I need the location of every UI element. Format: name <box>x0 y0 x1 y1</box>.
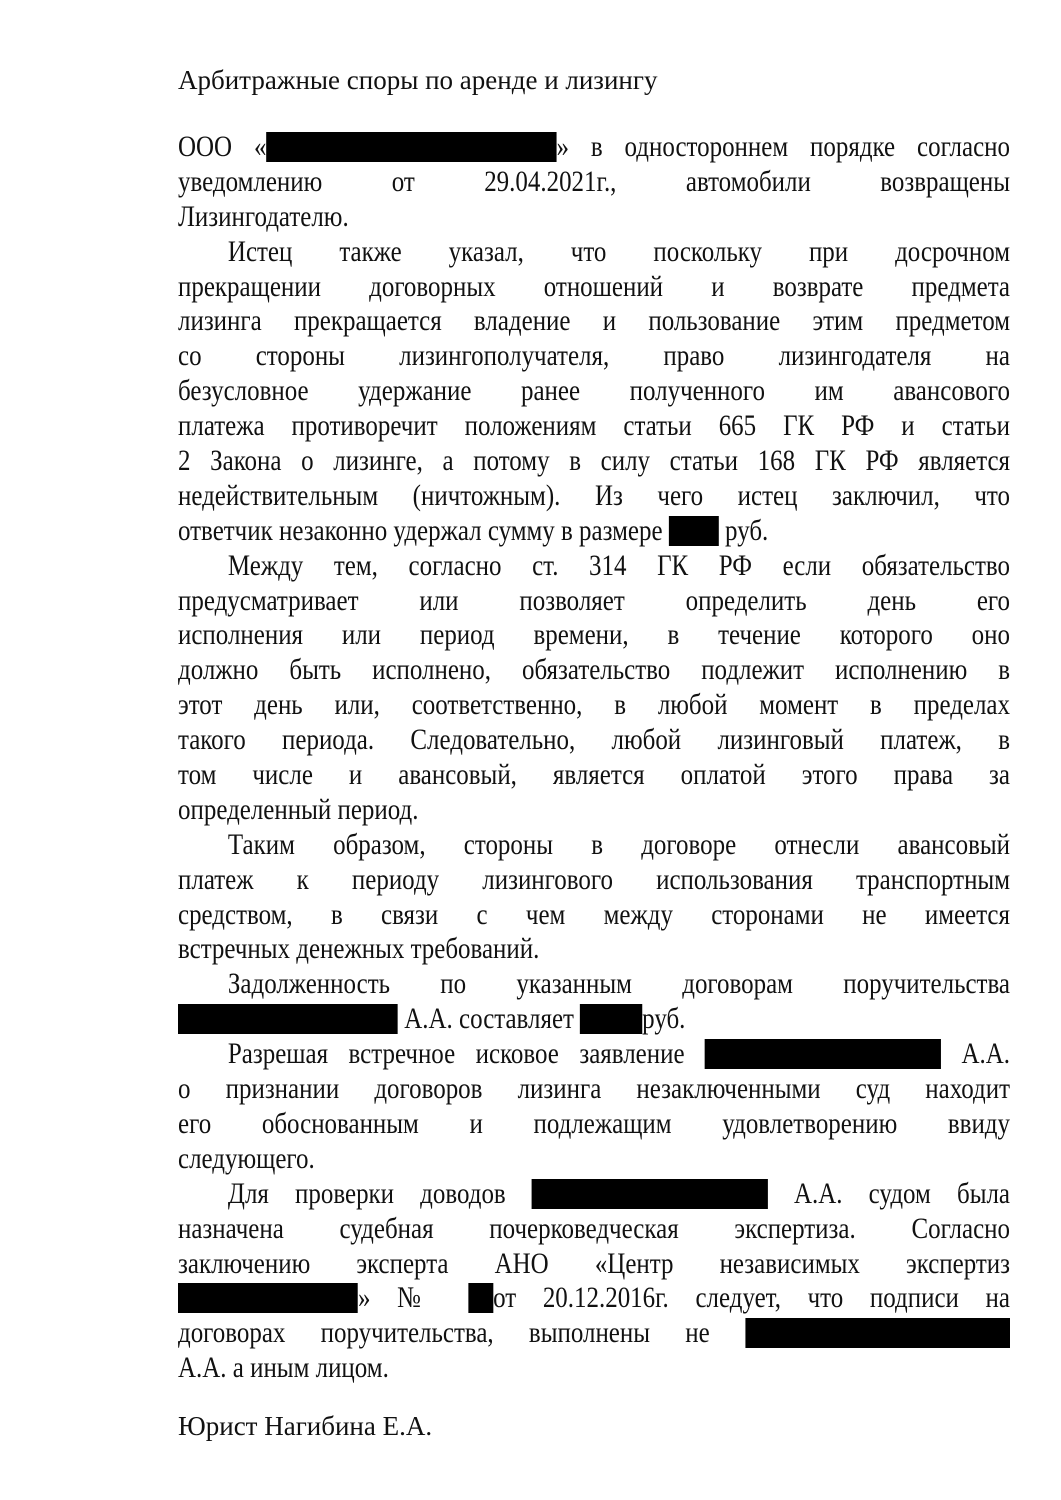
text-segment: А.А. а иным лицом. <box>178 1351 389 1384</box>
text-line: Истец также указал, что поскольку при до… <box>178 235 1010 270</box>
text-line: ответчик незаконно удержал сумму в разме… <box>178 514 1010 549</box>
text-line: А.А. а иным лицом. <box>178 1351 1010 1386</box>
text-segment: Лизингодателю. <box>178 200 349 233</box>
text-segment: А.А. <box>941 1037 1010 1070</box>
text-segment: назначена судебная почерковедческая эксп… <box>178 1212 1010 1245</box>
text-segment: ответчик незаконно удержал сумму в разме… <box>178 514 669 547</box>
redaction-block <box>705 1039 941 1069</box>
text-line: » № от 20.12.2016г. следует, что подписи… <box>178 1281 1010 1316</box>
author-signature: Юрист Нагибина Е.А. <box>178 1408 432 1444</box>
text-line: этот день или, соответственно, в любой м… <box>178 688 1010 723</box>
text-line: должно быть исполнено, обязательство под… <box>178 653 1010 688</box>
text-line: Лизингодателю. <box>178 200 1010 235</box>
text-segment: предусматривает или позволяет определить… <box>178 584 1010 617</box>
text-segment: этот день или, соответственно, в любой м… <box>178 688 1010 721</box>
text-line: Для проверки доводов А.А. судом была <box>178 1177 1010 1212</box>
text-segment: уведомлению от 29.04.2021г., автомобили … <box>178 165 1010 198</box>
text-line: исполнения или период времени, в течение… <box>178 618 1010 653</box>
redaction-block <box>532 1179 768 1209</box>
paragraph: Между тем, согласно ст. 314 ГК РФ если о… <box>178 549 1010 828</box>
text-segment: А.А. составляет <box>398 1002 580 1035</box>
redaction-block <box>580 1004 642 1034</box>
paragraph: Таким образом, стороны в договоре отнесл… <box>178 828 1010 968</box>
text-line: ООО «» в одностороннем порядке согласно <box>178 130 1010 165</box>
text-line: Между тем, согласно ст. 314 ГК РФ если о… <box>178 549 1010 584</box>
text-segment: платежа противоречит положениям статьи 6… <box>178 409 1010 442</box>
text-segment: платеж к периоду лизингового использован… <box>178 863 1010 896</box>
text-line: его обоснованным и подлежащим удовлетвор… <box>178 1107 1010 1142</box>
text-segment: следующего. <box>178 1142 315 1175</box>
text-segment: Между тем, согласно ст. 314 ГК РФ если о… <box>228 549 1010 582</box>
text-segment: прекращении договорных отношений и возвр… <box>178 270 1010 303</box>
running-header: Арбитражные споры по аренде и лизингу <box>178 62 657 98</box>
text-line: средством, в связи с чем между сторонами… <box>178 898 1010 933</box>
text-segment: руб. <box>719 514 768 547</box>
text-line: со стороны лизингополучателя, право лизи… <box>178 339 1010 374</box>
text-line: А.А. составляет руб. <box>178 1002 1010 1037</box>
text-line: платежа противоречит положениям статьи 6… <box>178 409 1010 444</box>
text-line: том числе и авансовый, является оплатой … <box>178 758 1010 793</box>
text-line: 2 Закона о лизинге, а потому в силу стат… <box>178 444 1010 479</box>
text-segment: том числе и авансовый, является оплатой … <box>178 758 1010 791</box>
text-line: предусматривает или позволяет определить… <box>178 584 1010 619</box>
text-line: такого периода. Следовательно, любой лиз… <box>178 723 1010 758</box>
text-line: Таким образом, стороны в договоре отнесл… <box>178 828 1010 863</box>
redaction-block <box>178 1004 398 1034</box>
text-segment: встречных денежных требований. <box>178 932 539 965</box>
text-line: договорах поручительства, выполнены не <box>178 1316 1010 1351</box>
text-line: недействительным (ничтожным). Из чего ис… <box>178 479 1010 514</box>
redaction-block <box>178 1283 358 1313</box>
document-body: ООО «» в одностороннем порядке согласноу… <box>178 130 1010 1386</box>
text-segment: Истец также указал, что поскольку при до… <box>228 235 1010 268</box>
text-line: Задолженность по указанным договорам пор… <box>178 967 1010 1002</box>
text-segment: » в одностороннем порядке согласно <box>556 130 1010 163</box>
text-segment: договорах поручительства, выполнены не <box>178 1316 745 1349</box>
text-segment: от 20.12.2016г. следует, что подписи на <box>493 1281 1010 1314</box>
text-segment: 2 Закона о лизинге, а потому в силу стат… <box>178 444 1010 477</box>
text-line: встречных денежных требований. <box>178 932 1010 967</box>
text-segment: Задолженность по указанным договорам пор… <box>228 967 1010 1000</box>
text-segment: безусловное удержание ранее полученного … <box>178 374 1010 407</box>
text-segment: А.А. судом была <box>768 1177 1010 1210</box>
text-segment: заключению эксперта АНО «Центр независим… <box>178 1247 1010 1280</box>
text-line: прекращении договорных отношений и возвр… <box>178 270 1010 305</box>
text-line: следующего. <box>178 1142 1010 1177</box>
text-line: платеж к периоду лизингового использован… <box>178 863 1010 898</box>
paragraph: Для проверки доводов А.А. судом быланазн… <box>178 1177 1010 1386</box>
text-segment: Таким образом, стороны в договоре отнесл… <box>228 828 1010 861</box>
paragraph: Разрешая встречное исковое заявление А.А… <box>178 1037 1010 1177</box>
redaction-block <box>669 516 719 546</box>
text-segment: его обоснованным и подлежащим удовлетвор… <box>178 1107 1010 1140</box>
text-segment: со стороны лизингополучателя, право лизи… <box>178 339 1010 372</box>
paragraph: Истец также указал, что поскольку при до… <box>178 235 1010 549</box>
text-segment: » № <box>358 1281 468 1314</box>
text-segment: исполнения или период времени, в течение… <box>178 618 1010 651</box>
text-segment: средством, в связи с чем между сторонами… <box>178 898 1010 931</box>
redaction-block <box>745 1318 1010 1348</box>
text-line: заключению эксперта АНО «Центр независим… <box>178 1247 1010 1282</box>
document-page: Арбитражные споры по аренде и лизингу ОО… <box>0 0 1061 1500</box>
text-segment: ООО « <box>178 130 266 163</box>
text-line: определенный период. <box>178 793 1010 828</box>
text-segment: такого периода. Следовательно, любой лиз… <box>178 723 1010 756</box>
redaction-block <box>266 132 556 162</box>
text-segment: о признании договоров лизинга незаключен… <box>178 1072 1010 1105</box>
text-segment: лизинга прекращается владение и пользова… <box>178 304 1010 337</box>
text-segment: недействительным (ничтожным). Из чего ис… <box>178 479 1010 512</box>
text-segment: руб. <box>642 1002 685 1035</box>
text-segment: Разрешая встречное исковое заявление <box>228 1037 705 1070</box>
text-line: о признании договоров лизинга незаключен… <box>178 1072 1010 1107</box>
text-line: Разрешая встречное исковое заявление А.А… <box>178 1037 1010 1072</box>
paragraph: ООО «» в одностороннем порядке согласноу… <box>178 130 1010 235</box>
text-line: безусловное удержание ранее полученного … <box>178 374 1010 409</box>
redaction-block <box>468 1283 493 1313</box>
text-segment: должно быть исполнено, обязательство под… <box>178 653 1010 686</box>
paragraph: Задолженность по указанным договорам пор… <box>178 967 1010 1037</box>
text-line: уведомлению от 29.04.2021г., автомобили … <box>178 165 1010 200</box>
text-line: лизинга прекращается владение и пользова… <box>178 304 1010 339</box>
text-segment: определенный период. <box>178 793 418 826</box>
text-segment: Для проверки доводов <box>228 1177 532 1210</box>
text-line: назначена судебная почерковедческая эксп… <box>178 1212 1010 1247</box>
